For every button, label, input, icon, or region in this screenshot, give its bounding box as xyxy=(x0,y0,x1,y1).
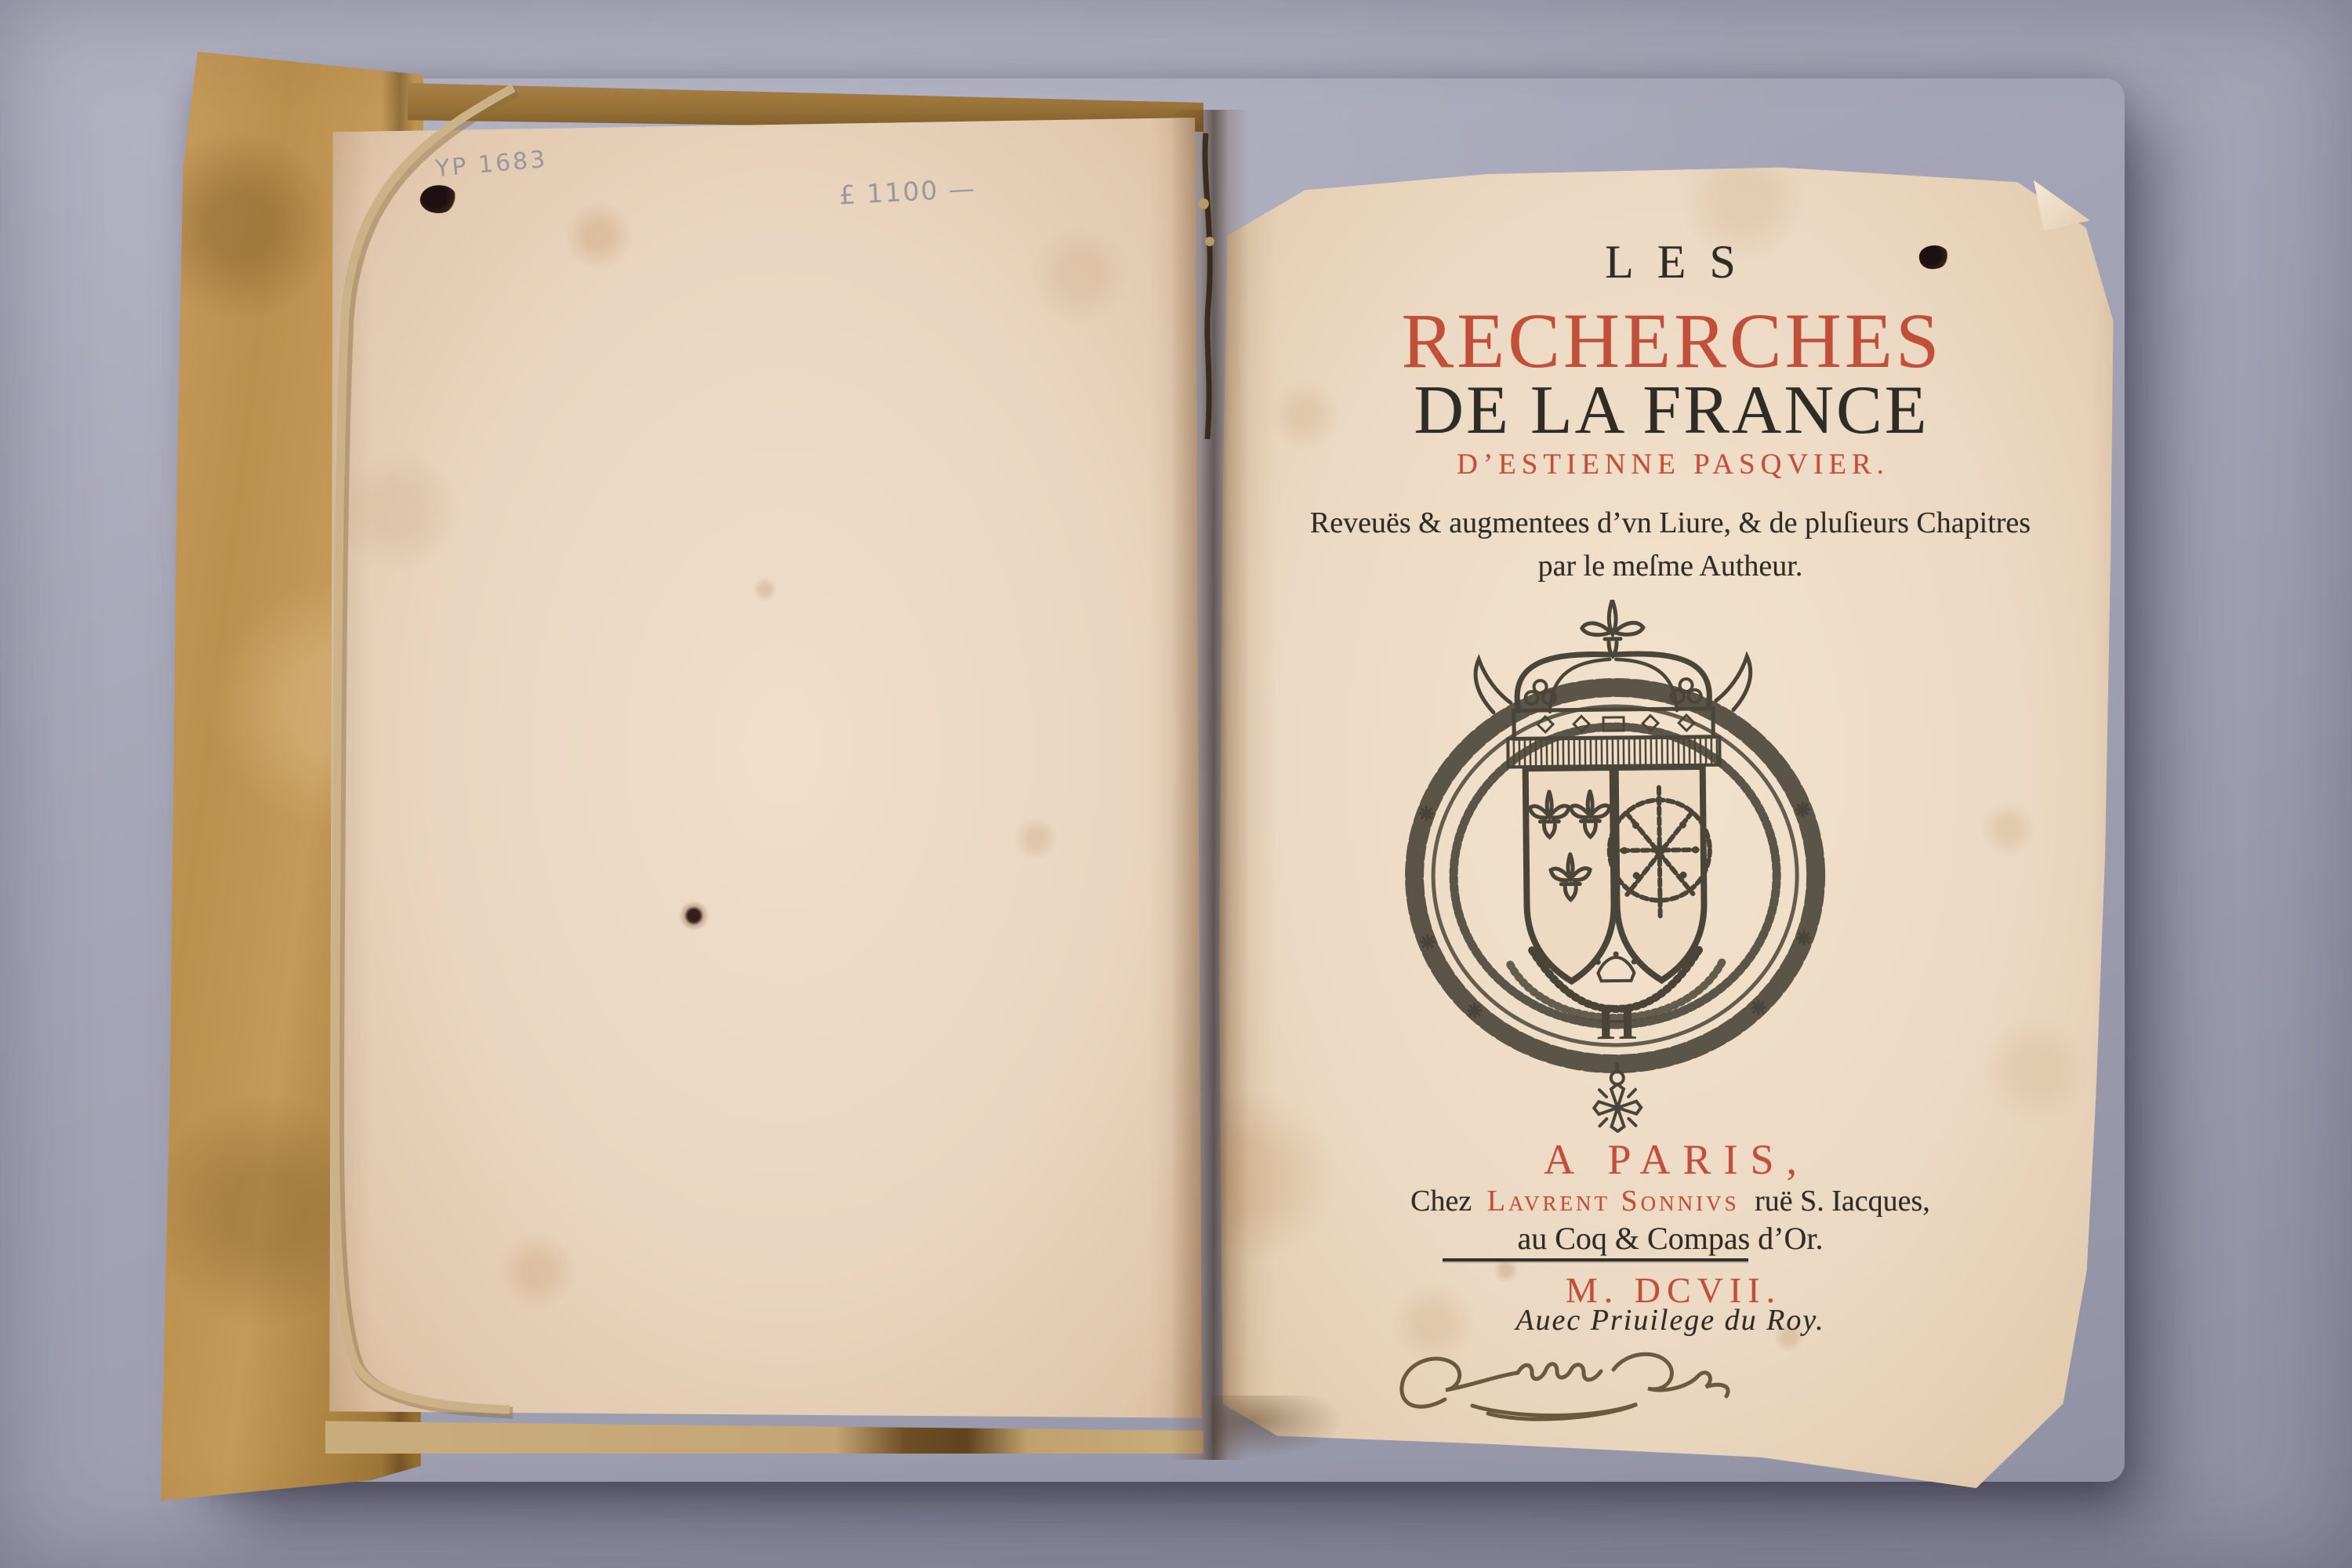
france-shield xyxy=(1526,768,1615,982)
holy-spirit-pendant-cross xyxy=(1594,1064,1642,1132)
h-monogram-letter: H xyxy=(1596,993,1637,1051)
author-line: D’ESTIENNE PASQVIER. xyxy=(1214,448,2127,481)
royal-arms-engraving-icon: H xyxy=(1388,597,1841,1135)
crowned-h-monogram: H xyxy=(1595,951,1638,1051)
main-title-black: DE LA FRANCE xyxy=(1214,371,2127,450)
crown-fleur-finial xyxy=(1581,600,1643,657)
imprint-publisher-line: Chez Lavrent Sonnivs ruë S. Iacques, xyxy=(1214,1184,2127,1218)
imprint-place: A PARIS, xyxy=(1214,1135,2127,1184)
endpaper-page: YP 1683 £ 1100 — xyxy=(328,118,1202,1428)
pencil-price-note: £ 1100 — xyxy=(838,172,977,210)
ink-spot-left-center xyxy=(677,902,710,930)
gutter-bottom-shadow xyxy=(1211,1396,1345,1458)
subtitle-line-1: Reveuës & augmentees d’vn Liure, & de pl… xyxy=(1214,506,2127,540)
imprint-street: ruë S. Iacques, xyxy=(1755,1185,1930,1218)
title-page: LES RECHERCHES DE LA FRANCE D’ESTIENNE P… xyxy=(1214,161,2127,1497)
photo-of-open-book: YP 1683 £ 1100 — LES RECHERCHES DE LA FR… xyxy=(0,0,2352,1568)
gutter-shadow xyxy=(1171,110,1249,1460)
imprint-sign-line: au Coq & Compas d’Or. xyxy=(1214,1220,2127,1257)
pencil-shelfmark-note: YP 1683 xyxy=(434,146,549,183)
imprint-privilege: Auec Priuilege du Roy. xyxy=(1214,1303,2127,1338)
ownership-signature xyxy=(1378,1338,1802,1425)
ink-blot-left xyxy=(419,183,459,216)
half-title: LES xyxy=(1214,235,2127,289)
imprint-chez: Chez xyxy=(1410,1185,1472,1218)
imprint-publisher-name: Lavrent Sonnivs xyxy=(1487,1185,1740,1218)
imprint-divider-rule xyxy=(1443,1258,1748,1261)
spine-tear-crack xyxy=(1171,110,1249,1460)
subtitle-line-2: par le meſme Autheur. xyxy=(1214,549,2127,583)
